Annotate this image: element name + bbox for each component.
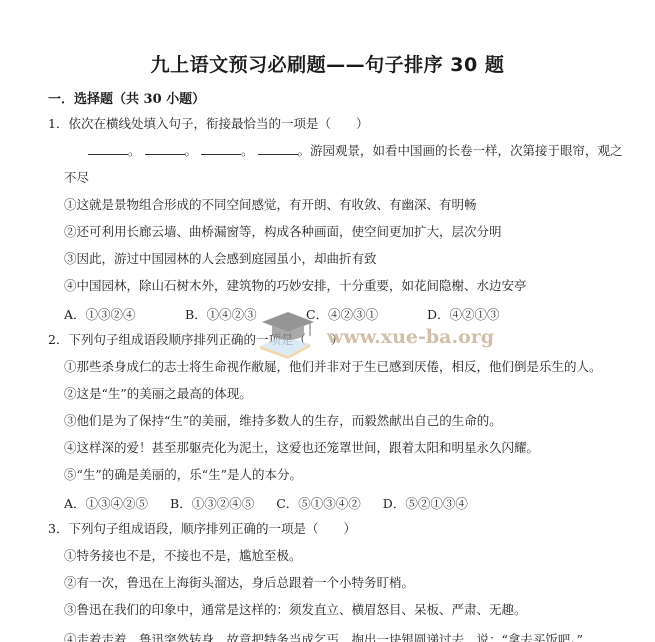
question-2-option-c[interactable]: C．⑤①③④② (276, 494, 361, 512)
fill-blank-3 (201, 143, 241, 155)
question-1-option-a[interactable]: A．①③②④ (64, 305, 185, 323)
question-2-option-a[interactable]: A．①③④②⑤ (64, 494, 148, 512)
document-title: 九上语文预习必刷题——句子排序 30 题 (0, 50, 655, 77)
question-1-item-1: ①这就是景物组合形成的不同空间感觉，有开朗、有收敛、有幽深、有明畅 (64, 197, 477, 213)
watermark-text: www.xue-ba.org (327, 326, 494, 348)
question-2-item-5: ⑤“生”的确是美丽的，乐“生”是人的本分。 (64, 467, 302, 483)
question-2-option-b[interactable]: B．①③②④⑤ (170, 494, 254, 512)
fill-blank-4 (258, 143, 298, 155)
question-3-item-1: ①特务接也不是，不接也不是，尴尬至极。 (64, 548, 302, 564)
question-2-options: A．①③④②⑤ B．①③②④⑤ C．⑤①③④② D．⑤②①③④ (64, 494, 490, 512)
question-1-passage-line1: 。 。 。 。游园观景，如看中国画的长卷一样，次第接于眼帘，观之 (88, 143, 623, 159)
question-2-item-4: ④这样深的爱！甚至那躯壳化为泥土，这爱也还笼罩世间，跟着太阳和明星永久闪耀。 (64, 440, 539, 456)
question-1-option-c[interactable]: C．④②③① (306, 305, 427, 323)
question-1-item-3: ③因此，游过中国园林的人会感到庭园虽小，却曲折有致 (64, 251, 377, 267)
question-2-option-d[interactable]: D．⑤②①③④ (383, 494, 468, 512)
document-page: 九上语文预习必刷题——句子排序 30 题 一．选择题（共 30 小题） 1．依次… (0, 0, 655, 642)
question-1-item-2: ②还可利用长廊云墙、曲桥漏窗等，构成各种画面，使空间更加扩大，层次分明 (64, 224, 502, 240)
question-3-item-2: ②有一次，鲁迅在上海街头溜达，身后总跟着一个小特务盯梢。 (64, 575, 414, 591)
question-1-option-d[interactable]: D．④②①③ (427, 305, 548, 323)
question-2-item-3: ③他们是为了保持“生”的美丽，维持多数人的生存，而毅然献出自己的生命的。 (64, 413, 502, 429)
question-3-item-4: ④走着走着，鲁迅突然转身，故意把特务当成乞丐，掏出一块银圆递过去，说：“拿去买饭… (64, 630, 583, 642)
question-1-option-b[interactable]: B．①④②③ (185, 305, 306, 323)
question-1-options: A．①③②④ B．①④②③ C．④②③① D．④②①③ (64, 305, 548, 323)
fill-blank-2 (145, 143, 185, 155)
question-2-item-2: ②这是“生”的美丽之最高的体现。 (64, 386, 252, 402)
question-2-item-1: ①那些杀身成仁的志士将生命视作敝屣，他们并非对于生已感到厌倦，相反，他们倒是乐生… (64, 359, 602, 375)
question-2-stem: 2．下列句子组成语段顺序排列正确的一项是（ ） (48, 332, 343, 348)
question-3-stem: 3．下列句子组成语段，顺序排列正确的一项是（ ） (48, 521, 356, 537)
question-1-stem: 1．依次在横线处填入句子，衔接最恰当的一项是（ ） (48, 116, 368, 132)
question-3-item-3: ③鲁迅在我们的印象中，通常是这样的：须发直立、横眉怒目、呆板、严肃、无趣。 (64, 602, 527, 618)
section-heading: 一．选择题（共 30 小题） (48, 88, 205, 107)
question-1-item-4: ④中国园林，除山石树木外，建筑物的巧妙安排，十分重要，如花间隐榭、水边安亭 (64, 278, 527, 294)
fill-blank-1 (88, 143, 128, 155)
question-1-passage-line2: 不尽 (64, 170, 89, 186)
